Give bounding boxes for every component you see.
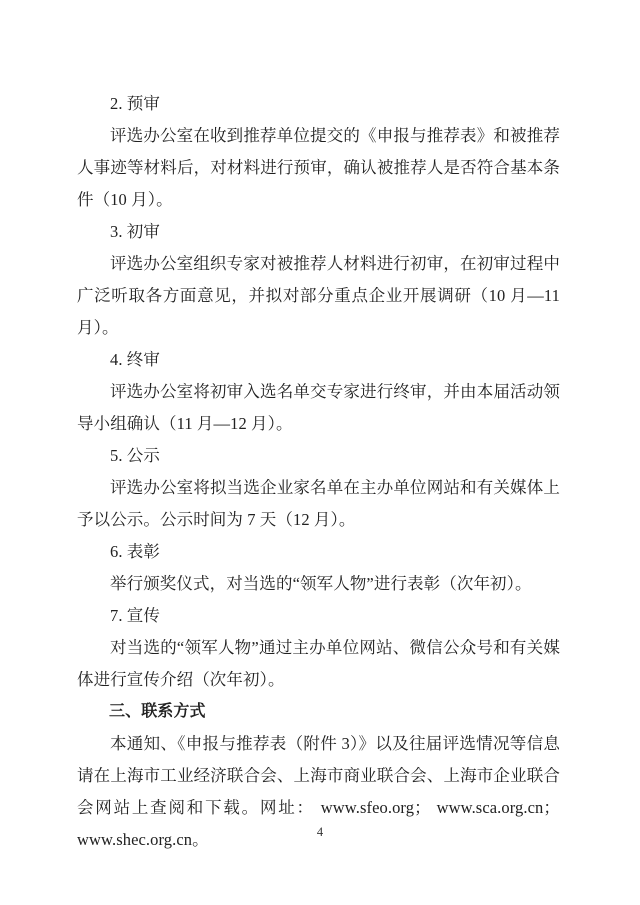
step-title-publicity: 7. 宣传 — [77, 600, 560, 632]
step-title-public-announcement: 5. 公示 — [77, 440, 560, 472]
paragraph-preliminary-review: 评选办公室在收到推荐单位提交的《申报与推荐表》和被推荐人事迹等材料后，对材料进行… — [77, 120, 560, 216]
page-number: 4 — [0, 822, 640, 842]
section-heading-contact-info: 三、联系方式 — [77, 696, 560, 728]
document-body: 2. 预审 评选办公室在收到推荐单位提交的《申报与推荐表》和被推荐人事迹等材料后… — [77, 88, 560, 856]
step-title-commendation: 6. 表彰 — [77, 536, 560, 568]
paragraph-final-review: 评选办公室将初审入选名单交专家进行终审，并由本届活动领导小组确认（11 月—12… — [77, 376, 560, 440]
step-title-final-review: 4. 终审 — [77, 344, 560, 376]
step-title-preliminary-review: 2. 预审 — [77, 88, 560, 120]
document-page: 2. 预审 评选办公室在收到推荐单位提交的《申报与推荐表》和被推荐人事迹等材料后… — [0, 0, 640, 905]
paragraph-public-announcement: 评选办公室将拟当选企业家名单在主办单位网站和有关媒体上予以公示。公示时间为 7 … — [77, 472, 560, 536]
paragraph-commendation: 举行颁奖仪式，对当选的“领军人物”进行表彰（次年初）。 — [77, 568, 560, 600]
paragraph-publicity: 对当选的“领军人物”通过主办单位网站、微信公众号和有关媒体进行宣传介绍（次年初）… — [77, 632, 560, 696]
step-title-initial-review: 3. 初审 — [77, 216, 560, 248]
paragraph-initial-review: 评选办公室组织专家对被推荐人材料进行初审，在初审过程中广泛听取各方面意见，并拟对… — [77, 248, 560, 344]
